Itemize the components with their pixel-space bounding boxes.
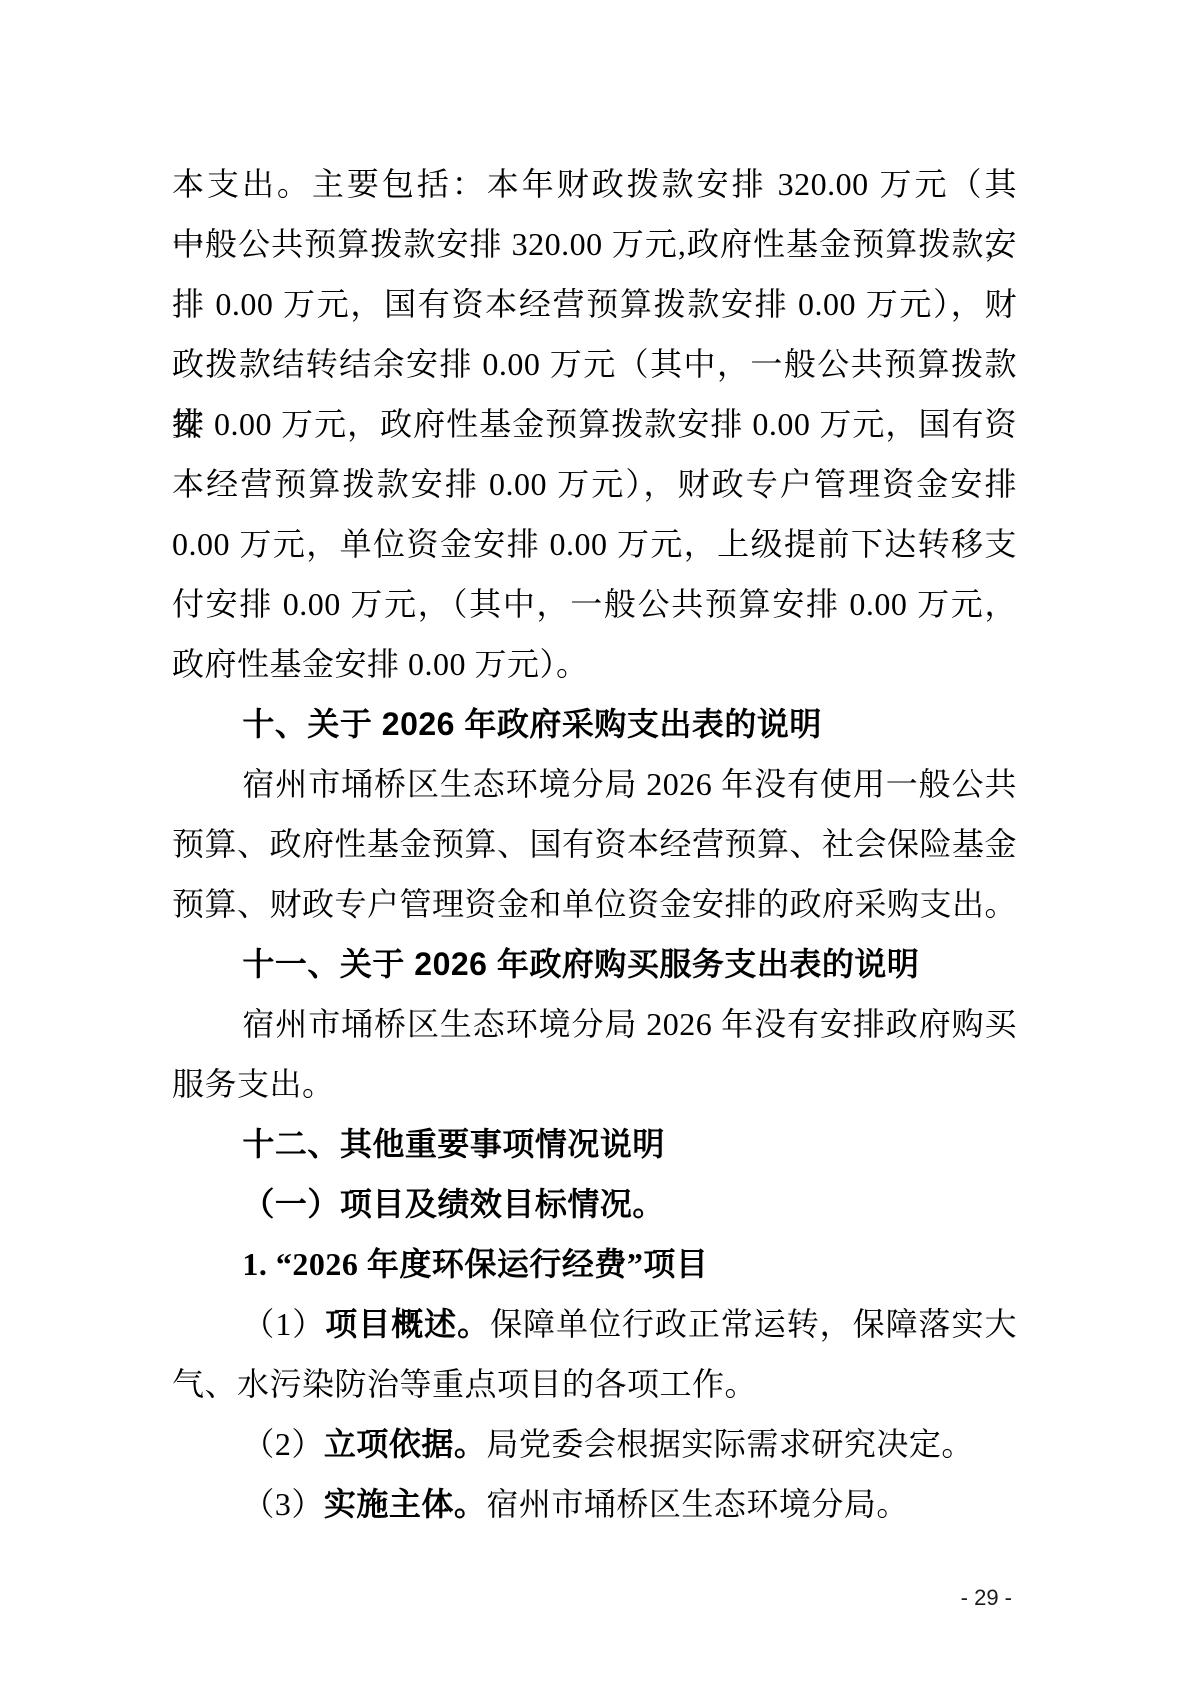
document-body: 本支出。主要包括：本年财政拨款安排 320.00 万元（其中，一般公共预算拨款安… (172, 154, 1017, 1534)
text-segment: 十一、关于 2026 年政府购买服务支出表的说明 (242, 946, 919, 982)
text-segment: 服务支出。 (172, 1066, 335, 1102)
text-line: 宿州市埇桥区生态环境分局 2026 年没有使用一般公共 (172, 754, 1017, 814)
text-line: 一般公共预算拨款安排 320.00 万元,政府性基金预算拨款安 (172, 214, 1017, 274)
text-line: 付安排 0.00 万元，（其中，一般公共预算安排 0.00 万元， (172, 574, 1017, 634)
text-segment: 排 0.00 万元，国有资本经营预算拨款安排 0.00 万元），财 (172, 286, 1017, 322)
text-line: 1. “2026 年度环保运行经费”项目 (172, 1234, 1017, 1294)
text-segment: 排 0.00 万元，政府性基金预算拨款安排 0.00 万元，国有资 (172, 406, 1017, 442)
text-segment: 立项依据。 (324, 1426, 487, 1462)
text-line: 气、水污染防治等重点项目的各项工作。 (172, 1354, 1017, 1414)
text-line: 排 0.00 万元，政府性基金预算拨款安排 0.00 万元，国有资 (172, 394, 1017, 454)
text-segment: 宿州市埇桥区生态环境分局。 (486, 1486, 909, 1522)
text-segment: 气、水污染防治等重点项目的各项工作。 (172, 1366, 757, 1402)
text-line: 本经营预算拨款安排 0.00 万元），财政专户管理资金安排 (172, 454, 1017, 514)
text-segment: 1. “2026 年度环保运行经费”项目 (242, 1246, 708, 1282)
text-segment: 预算、财政专户管理资金和单位资金安排的政府采购支出。 (172, 886, 1017, 922)
text-segment: 宿州市埇桥区生态环境分局 2026 年没有安排政府购买 (242, 1006, 1017, 1042)
text-segment: （1） (242, 1306, 325, 1342)
text-line: 0.00 万元，单位资金安排 0.00 万元，上级提前下达转移支 (172, 514, 1017, 574)
text-segment: 保障单位行政正常运转，保障落实大 (490, 1306, 1017, 1342)
text-segment: 预算、政府性基金预算、国有资本经营预算、社会保险基金 (172, 826, 1017, 862)
text-segment: 局党委会根据实际需求研究决定。 (486, 1426, 974, 1462)
text-line: （3）实施主体。宿州市埇桥区生态环境分局。 (172, 1474, 1017, 1534)
text-segment: （2） (242, 1426, 324, 1462)
text-line: 预算、政府性基金预算、国有资本经营预算、社会保险基金 (172, 814, 1017, 874)
text-line: 排 0.00 万元，国有资本经营预算拨款安排 0.00 万元），财 (172, 274, 1017, 334)
text-segment: 十、关于 2026 年政府采购支出表的说明 (242, 706, 821, 742)
text-line: 政拨款结转结余安排 0.00 万元（其中，一般公共预算拨款安 (172, 334, 1017, 394)
text-segment: 0.00 万元，单位资金安排 0.00 万元，上级提前下达转移支 (172, 526, 1017, 562)
text-line: 政府性基金安排 0.00 万元）。 (172, 634, 1017, 694)
text-line: 本支出。主要包括：本年财政拨款安排 320.00 万元（其中， (172, 154, 1017, 214)
text-line: 宿州市埇桥区生态环境分局 2026 年没有安排政府购买 (172, 994, 1017, 1054)
text-line: 服务支出。 (172, 1054, 1017, 1114)
text-line: 预算、财政专户管理资金和单位资金安排的政府采购支出。 (172, 874, 1017, 934)
text-line: （2）立项依据。局党委会根据实际需求研究决定。 (172, 1414, 1017, 1474)
section-heading: 十、关于 2026 年政府采购支出表的说明 (172, 694, 1017, 754)
text-segment: 宿州市埇桥区生态环境分局 2026 年没有使用一般公共 (242, 766, 1017, 802)
text-segment: 一般公共预算拨款安排 320.00 万元,政府性基金预算拨款安 (172, 226, 1017, 262)
section-heading: （一）项目及绩效目标情况。 (172, 1174, 1017, 1234)
text-line: （1）项目概述。保障单位行政正常运转，保障落实大 (172, 1294, 1017, 1354)
text-segment: 十二、其他重要事项情况说明 (242, 1126, 665, 1162)
text-segment: 政府性基金安排 0.00 万元）。 (172, 646, 589, 682)
page-number: - 29 - (961, 1585, 1012, 1611)
section-heading: 十二、其他重要事项情况说明 (172, 1114, 1017, 1174)
text-segment: 本经营预算拨款安排 0.00 万元），财政专户管理资金安排 (172, 466, 1017, 502)
text-segment: （3） (242, 1486, 324, 1522)
text-segment: 实施主体。 (324, 1486, 487, 1522)
section-heading: 十一、关于 2026 年政府购买服务支出表的说明 (172, 934, 1017, 994)
text-segment: （一）项目及绩效目标情况。 (242, 1186, 665, 1222)
text-segment: 付安排 0.00 万元，（其中，一般公共预算安排 0.00 万元， (172, 586, 1017, 622)
document-page: 本支出。主要包括：本年财政拨款安排 320.00 万元（其中，一般公共预算拨款安… (0, 0, 1190, 1683)
text-segment: 项目概述。 (325, 1306, 490, 1342)
